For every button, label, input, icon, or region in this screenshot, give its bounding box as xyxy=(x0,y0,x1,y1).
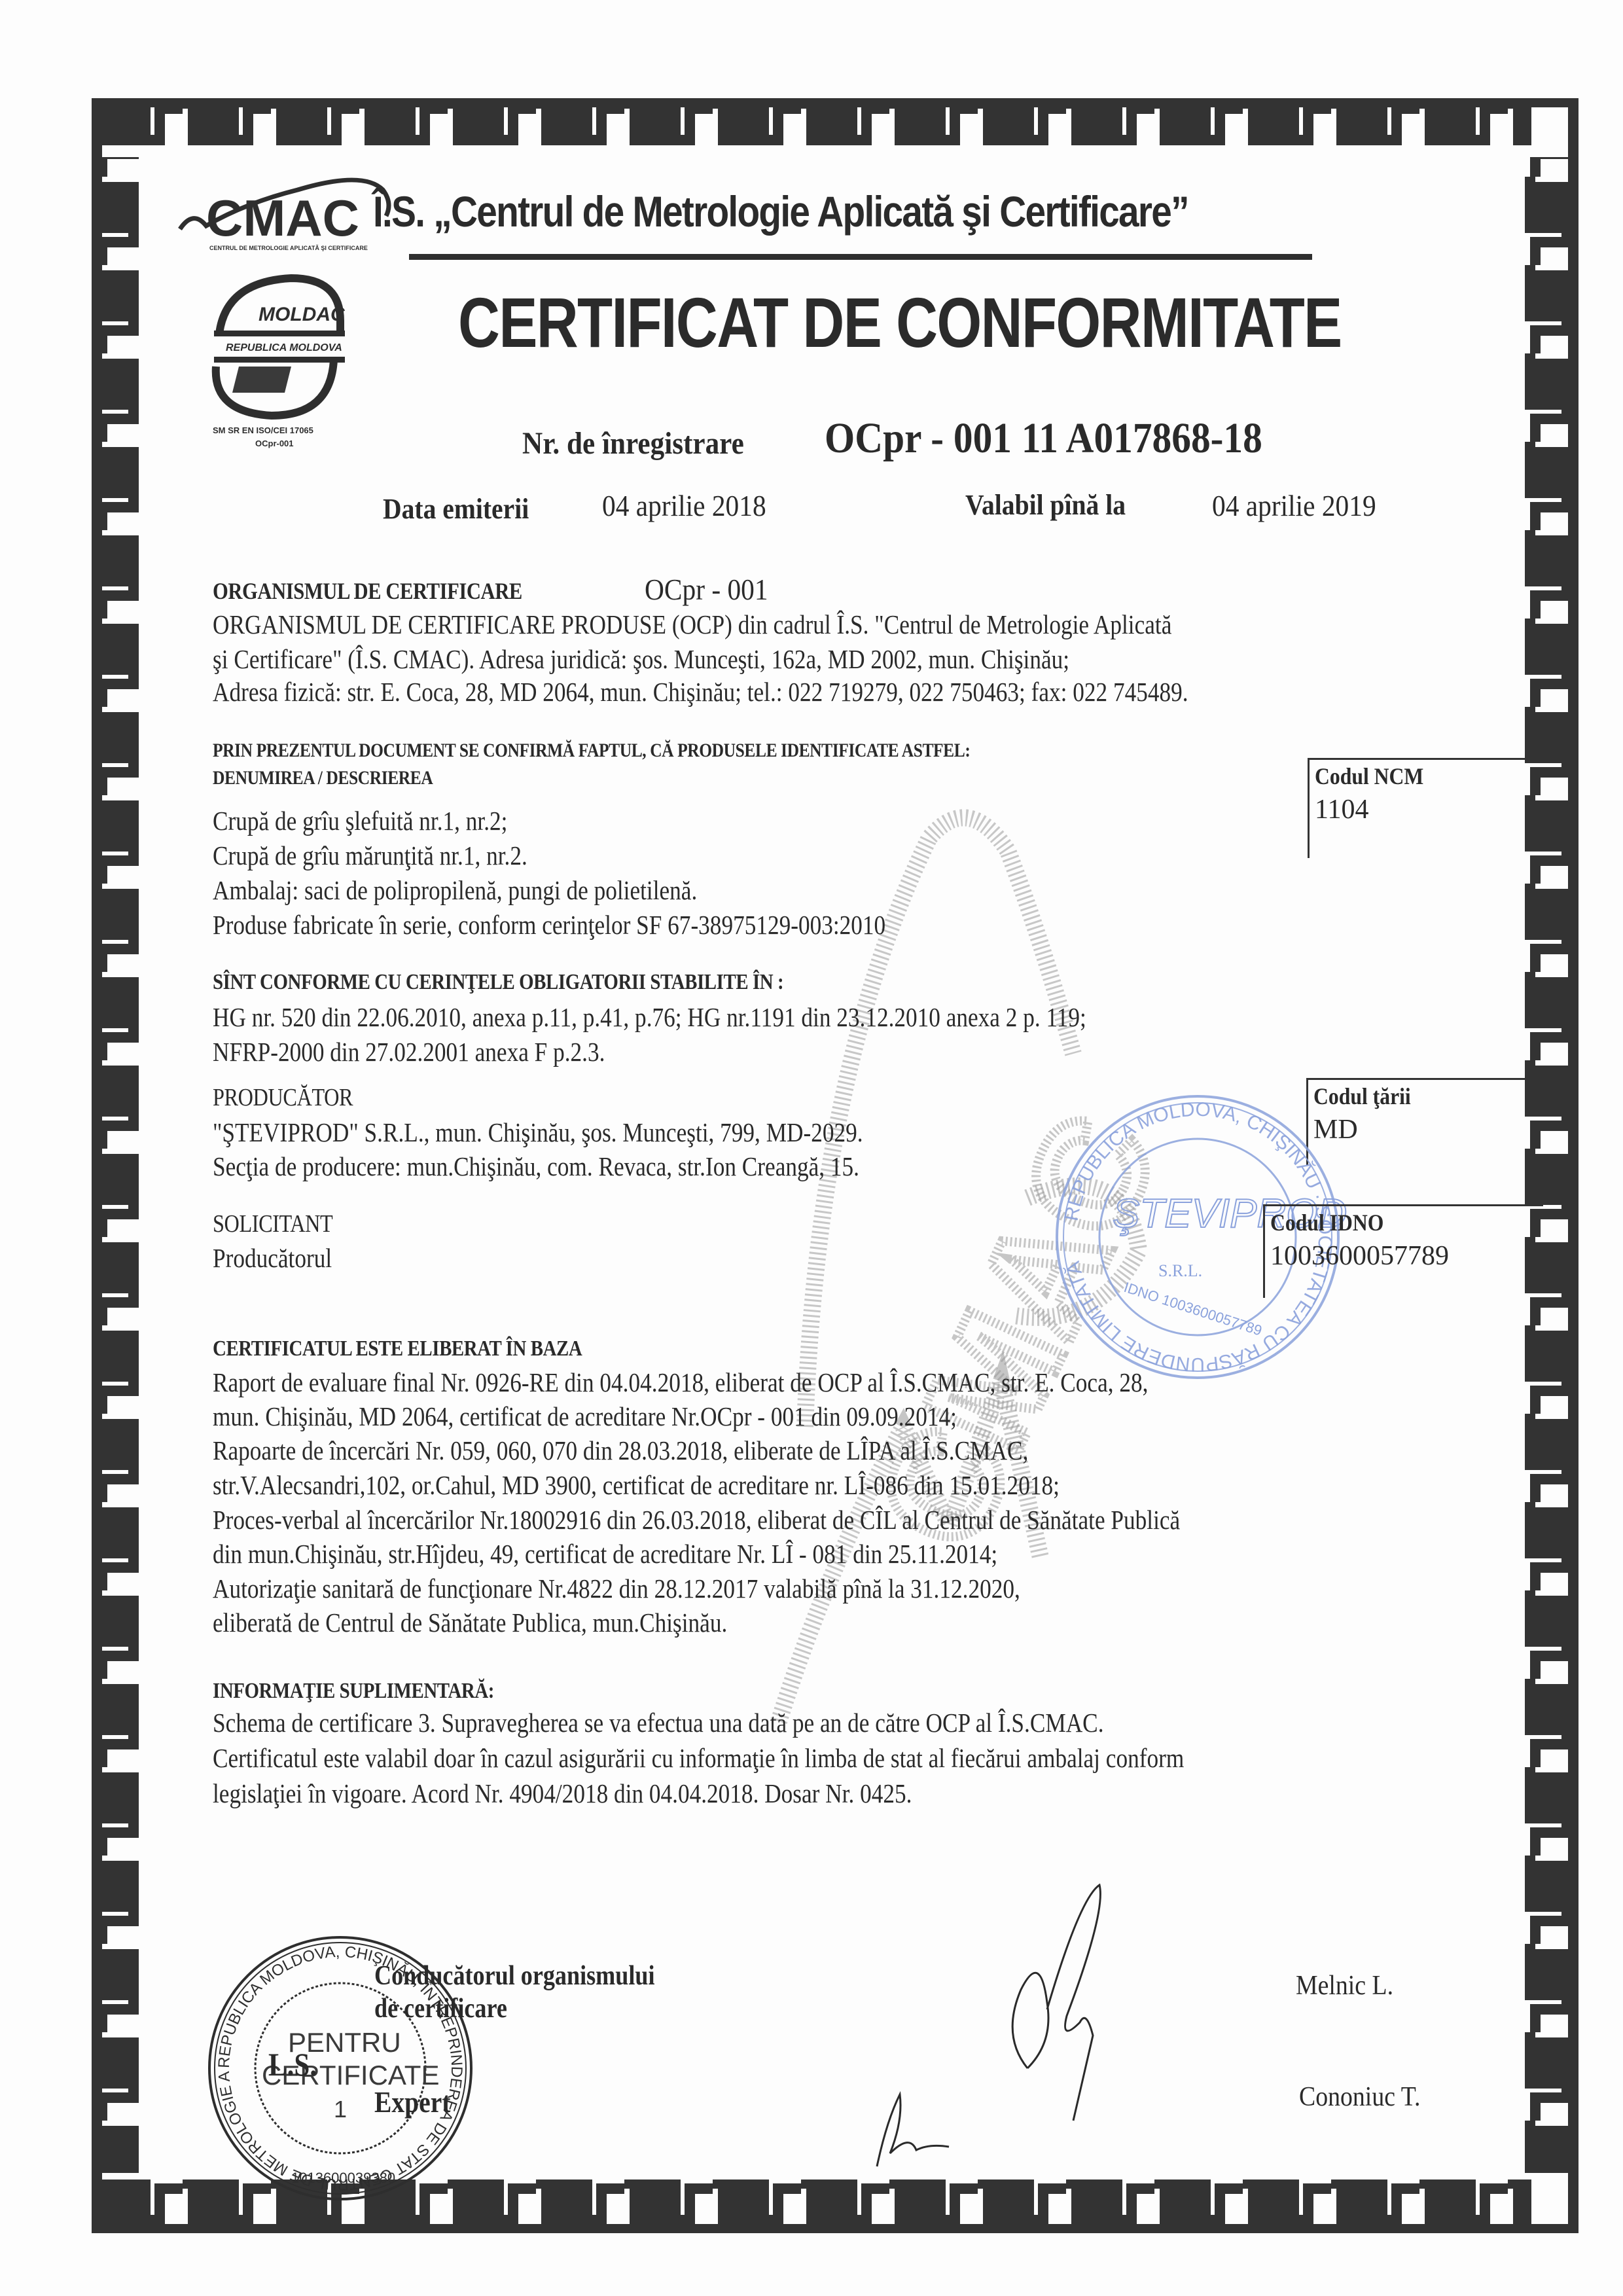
svg-text:CENTRUL DE METROLOGIE APLICATĂ: CENTRUL DE METROLOGIE APLICATĂ ŞI CERTIF… xyxy=(209,245,368,251)
svg-text:SM SR EN ISO/CEI 17065: SM SR EN ISO/CEI 17065 xyxy=(213,425,313,435)
expert-name: Cononiuc T. xyxy=(1299,2081,1420,2113)
product-line: Crupă de grîu mărunţită nr.1, nr.2. xyxy=(213,840,527,871)
issue-date: 04 aprilie 2018 xyxy=(602,488,766,523)
valid-until-date: 04 aprilie 2019 xyxy=(1212,488,1376,523)
requirements-heading: SÎNT CONFORME CU CERINŢELE OBLIGATORII S… xyxy=(213,970,783,995)
head-of-body-title-line2: de certificare xyxy=(374,1993,507,2024)
producer-line: Secţia de producere: mun.Chişinău, com. … xyxy=(213,1151,859,1182)
applicant-value: Producătorul xyxy=(213,1242,332,1274)
idno-code-box: Codul IDNO 1003600057789 xyxy=(1263,1204,1543,1298)
organization-title: Î.S. „Centrul de Metrologie Aplicată şi … xyxy=(373,187,1188,236)
product-line: Produse fabricate în serie, conform ceri… xyxy=(213,909,885,941)
ncm-code-label: Codul NCM xyxy=(1315,762,1423,790)
basis-line: Rapoarte de încercări Nr. 059, 060, 070 … xyxy=(213,1435,1028,1466)
title-divider xyxy=(409,254,1312,260)
basis-line: str.V.Alecsandri,102, or.Cahul, MD 3900,… xyxy=(213,1469,1060,1501)
basis-line: eliberată de Centrul de Sănătate Publica… xyxy=(213,1607,727,1638)
head-name: Melnic L. xyxy=(1296,1970,1393,2001)
cmac-logo: CMAC CENTRUL DE METROLOGIE APLICATĂ ŞI C… xyxy=(167,164,402,255)
confirmation-heading: PRIN PREZENTUL DOCUMENT SE CONFIRMĂ FAPT… xyxy=(213,740,970,762)
issue-date-label: Data emiterii xyxy=(383,492,529,526)
basis-heading: CERTIFICATUL ESTE ELIBERAT ÎN BAZA xyxy=(213,1336,582,1361)
expert-signature xyxy=(851,2081,969,2173)
basis-line: Raport de evaluare final Nr. 0926-RE din… xyxy=(213,1367,1148,1398)
requirements-line: NFRP-2000 din 27.02.2001 anexa F p.2.3. xyxy=(213,1036,605,1067)
head-of-body-title: Conducătorul organismului xyxy=(374,1960,655,1992)
idno-code-value: 1003600057789 xyxy=(1270,1240,1449,1272)
requirements-line: HG nr. 520 din 22.06.2010, anexa p.11, p… xyxy=(213,1001,1086,1033)
additional-info-heading: INFORMAŢIE SUPLIMENTARĂ: xyxy=(213,1679,494,1704)
product-line: Crupă de grîu şlefuită nr.1, nr.2; xyxy=(213,805,507,836)
valid-until-label: Valabil pînă la xyxy=(965,488,1126,522)
ncm-code-value: 1104 xyxy=(1315,794,1368,825)
certificate-page: CMAC CENTRUL DE METROLOGIE APLICATĂ ŞI C… xyxy=(0,0,1623,2296)
ncm-code-box: Codul NCM 1104 xyxy=(1308,758,1545,858)
product-line: Ambalaj: saci de polipropilenă, pungi de… xyxy=(213,874,697,906)
svg-text:S.R.L.: S.R.L. xyxy=(1158,1261,1202,1280)
additional-info-line: Certificatul este valabil doar în cazul … xyxy=(213,1742,1184,1774)
svg-text:1013600039380: 1013600039380 xyxy=(291,2170,395,2186)
svg-text:1: 1 xyxy=(334,2096,347,2123)
certification-body-heading: ORGANISMUL DE CERTIFICARE xyxy=(213,577,522,605)
basis-line: Autorizaţie sanitară de funcţionare Nr.4… xyxy=(213,1573,1020,1604)
additional-info-line: legislaţiei în vigoare. Acord Nr. 4904/2… xyxy=(213,1778,912,1809)
certification-body-line: şi Certificare" (Î.S. CMAC). Adresa juri… xyxy=(213,643,1069,675)
head-signature xyxy=(949,1872,1145,2147)
certification-body-code: OCpr - 001 xyxy=(645,572,768,607)
registration-label: Nr. de înregistrare xyxy=(522,425,744,461)
certificate-title: CERTIFICAT DE CONFORMITATE xyxy=(458,281,1342,363)
expert-label: Expert xyxy=(374,2085,450,2119)
additional-info-line: Schema de certificare 3. Supravegherea s… xyxy=(213,1707,1104,1738)
svg-text:REPUBLICA MOLDOVA: REPUBLICA MOLDOVA xyxy=(226,342,342,353)
basis-line: Proces-verbal al încercărilor Nr.1800291… xyxy=(213,1504,1180,1535)
idno-code-label: Codul IDNO xyxy=(1270,1209,1383,1236)
product-description-heading: DENUMIREA / DESCRIEREA xyxy=(213,767,433,789)
producer-line: "ŞTEVIPROD" S.R.L., mun. Chişinău, şos. … xyxy=(213,1117,863,1148)
svg-text:MOLDAC: MOLDAC xyxy=(259,304,346,325)
registration-number: OCpr - 001 11 A017868-18 xyxy=(825,414,1262,463)
ls-label: L.S. xyxy=(268,2045,317,2083)
producer-heading: PRODUCĂTOR xyxy=(213,1083,353,1112)
svg-text:OCpr-001: OCpr-001 xyxy=(255,439,294,448)
basis-line: din mun.Chişinău, str.Hîjdeu, 49, certif… xyxy=(213,1538,997,1570)
moldac-accreditation-logo: MOLDAC REPUBLICA MOLDOVA SM SR EN ISO/CE… xyxy=(200,262,370,458)
applicant-heading: SOLICITANT xyxy=(213,1210,332,1238)
basis-line: mun. Chişinău, MD 2064, certificat de ac… xyxy=(213,1401,957,1432)
certification-body-line: Adresa fizică: str. E. Coca, 28, MD 2064… xyxy=(213,676,1188,708)
svg-text:IDNO 1003600057789: IDNO 1003600057789 xyxy=(1122,1279,1264,1339)
certification-body-line: ORGANISMUL DE CERTIFICARE PRODUSE (OCP) … xyxy=(213,609,1171,640)
svg-text:CMAC: CMAC xyxy=(206,189,359,247)
